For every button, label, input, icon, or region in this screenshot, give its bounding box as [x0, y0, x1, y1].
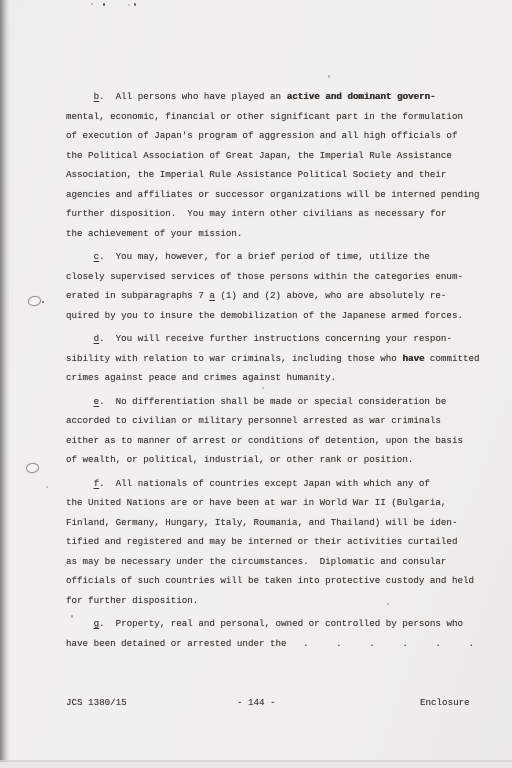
text-line: closely supervised services of those per… — [66, 267, 496, 287]
text-line: e. No differentiation shall be made or s… — [66, 392, 496, 412]
text-line: the achievement of your mission. — [66, 224, 496, 244]
text-line: Association, the Imperial Rule Assistanc… — [66, 165, 496, 185]
text-line: of execution of Japan's program of aggre… — [66, 126, 496, 146]
paragraph-f: f. All nationals of countries except Jap… — [66, 474, 496, 611]
text-line: have been detained or arrested under the… — [66, 634, 496, 654]
stray-mark — [134, 3, 136, 6]
stray-mark — [103, 3, 105, 6]
stray-mark — [128, 4, 130, 6]
punch-hole-top — [27, 295, 41, 307]
typed-text-block: b. All persons who have played an active… — [66, 87, 496, 657]
text-line: the United Nations are or have been at w… — [66, 493, 496, 513]
text-line: mental, economic, financial or other sig… — [66, 107, 496, 127]
punch-hole-bottom — [26, 462, 40, 473]
text-line: c. You may, however, for a brief period … — [66, 247, 496, 267]
paper-bottom-band — [0, 762, 512, 768]
text-line: b. All persons who have played an active… — [66, 87, 496, 107]
text-line: accorded to civilian or military personn… — [66, 411, 496, 431]
stray-mark — [46, 486, 48, 488]
paragraph-g: g. Property, real and personal, owned or… — [66, 614, 496, 653]
paper-left-edge-shadow — [0, 0, 10, 768]
page-footer: JCS 1380/15 - 144 - Enclosure — [0, 697, 512, 711]
footer-document-number: JCS 1380/15 — [66, 697, 127, 708]
text-line: for further disposition. — [66, 591, 496, 611]
punch-hole-top-speck — [42, 301, 44, 303]
text-line: g. Property, real and personal, owned or… — [66, 614, 496, 634]
text-line: the Political Association of Great Japan… — [66, 146, 496, 166]
text-line: agencies and affiliates or successor org… — [66, 185, 496, 205]
paragraph-b: b. All persons who have played an active… — [66, 87, 496, 243]
text-line: erated in subparagraphs 7 a (1) and (2) … — [66, 286, 496, 306]
text-line: officials of such countries will be take… — [66, 571, 496, 591]
text-line: Finland, Germany, Hungary, Italy, Rouman… — [66, 513, 496, 533]
text-line: d. You will receive further instructions… — [66, 329, 496, 349]
text-line: either as to manner of arrest or conditi… — [66, 431, 496, 451]
text-line: as may be necessary under the circumstan… — [66, 552, 496, 572]
stray-mark — [91, 3, 93, 5]
paragraph-c: c. You may, however, for a brief period … — [66, 247, 496, 325]
footer-page-number: - 144 - — [237, 697, 276, 708]
paragraph-e: e. No differentiation shall be made or s… — [66, 392, 496, 470]
stray-mark — [328, 75, 330, 78]
document-page: b. All persons who have played an active… — [0, 0, 512, 768]
paragraph-d: d. You will receive further instructions… — [66, 329, 496, 388]
text-line: f. All nationals of countries except Jap… — [66, 474, 496, 494]
text-line: tified and registered and may be interne… — [66, 532, 496, 552]
text-line: quired by you to insure the demobilizati… — [66, 306, 496, 326]
text-line: further disposition. You may intern othe… — [66, 204, 496, 224]
text-line: sibility with relation to war criminals,… — [66, 349, 496, 369]
text-line: of wealth, or political, industrial, or … — [66, 450, 496, 470]
footer-enclosure-label: Enclosure — [420, 697, 470, 708]
text-line: crimes against peace and crimes against … — [66, 368, 496, 388]
